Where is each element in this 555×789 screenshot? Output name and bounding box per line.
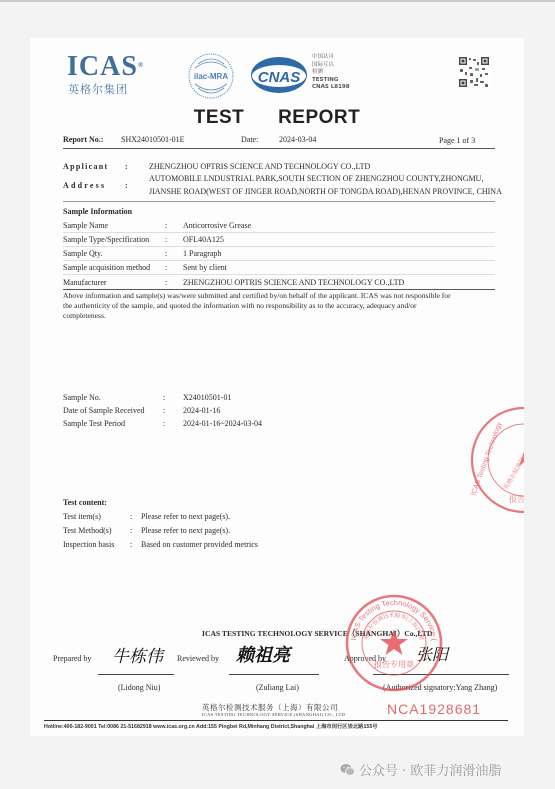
svg-text:英格尔检测技术: 英格尔检测技术	[502, 451, 524, 491]
sample-info-label: Sample Name	[63, 221, 108, 231]
colon: :	[130, 512, 132, 522]
colon: :	[163, 393, 165, 403]
signature-line	[229, 674, 319, 675]
ilac-mra-logo: ilac-MRA	[187, 52, 235, 100]
prepared-by-label: Prepared by	[53, 654, 91, 664]
colon: :	[165, 263, 167, 273]
wechat-account-label: 公众号 · 欧菲力润滑油脂	[359, 760, 501, 779]
colon: :	[130, 526, 132, 536]
icas-logo-cn: 英格尔集团	[68, 81, 128, 97]
cnas-logo: CNAS	[250, 56, 308, 94]
colon: :	[163, 419, 165, 429]
sample-info-label: Sample acquisition method	[63, 263, 150, 273]
svg-text:ilac-MRA: ilac-MRA	[194, 72, 228, 81]
svg-text:报告: 报告	[509, 494, 524, 504]
sample-info-value: OFL40A125	[183, 235, 224, 245]
cnas-accreditation-text: 中国认可 国际互认 检测 TESTING CNAS L8198	[312, 54, 350, 92]
test-period-label: Sample Test Period	[63, 419, 125, 429]
wechat-watermark: 公众号 · 欧菲力润滑油脂	[340, 760, 501, 779]
serial-number: NCA1928681	[387, 701, 481, 717]
test-items-value: Please refer to next page(s).	[141, 512, 230, 522]
colon: :	[165, 249, 167, 259]
prepared-name: (Lidong Niu)	[118, 683, 160, 693]
report-no-label: Report No.:	[63, 135, 103, 145]
inspection-basis-label: Inspection basis	[63, 540, 114, 550]
date-received-value: 2024-01-16	[183, 406, 220, 416]
svg-text:报告专用章: 报告专用章	[374, 659, 414, 669]
row-divider	[63, 274, 495, 275]
prepared-signature: 牛栋伟	[112, 642, 163, 667]
sample-info-label: Sample Qty.	[63, 249, 102, 259]
top-border	[0, 0, 555, 2]
address-line-1: AUTOMOBILE LNDUSTRIAL PARK,SOUTH SECTION…	[149, 174, 483, 184]
applicant-label: Applicant	[63, 162, 109, 172]
colon: :	[165, 221, 167, 231]
reviewed-signature: 赖祖亮	[236, 641, 290, 667]
sample-no-label: Sample No.	[63, 393, 101, 403]
wechat-icon	[340, 763, 355, 776]
sample-info-label: Manufacturer	[63, 278, 107, 288]
test-period-value: 2024-01-16~2024-03-04	[183, 419, 262, 429]
sample-info-label: Sample Type/Specification	[63, 235, 149, 245]
page-number: Page 1 of 3	[439, 136, 475, 146]
date-received-label: Date of Sample Received	[63, 406, 145, 416]
disclaimer-line: completeness.	[63, 311, 106, 321]
footer-divider	[44, 720, 508, 721]
colon: :	[130, 540, 132, 550]
sample-info-value: Sent by client	[183, 263, 227, 273]
divider	[63, 289, 495, 290]
address-line-2: JIANSHE ROAD(WEST OF JINGER ROAD,NORTH O…	[149, 187, 502, 197]
signature-line	[98, 674, 174, 675]
divider	[63, 201, 495, 202]
row-divider	[63, 232, 495, 233]
test-methods-value: Please refer to next page(s).	[141, 526, 230, 536]
divider	[63, 148, 495, 149]
address-colon: :	[125, 181, 128, 191]
test-methods-label: Test Method(s)	[63, 526, 112, 536]
sample-info-heading: Sample Information	[63, 207, 132, 217]
sample-info-value: 1 Paragraph	[183, 249, 221, 259]
date-value: 2024-03-04	[279, 135, 316, 145]
sample-no-value: X24010501-01	[183, 393, 231, 403]
test-content-heading: Test content:	[63, 498, 107, 508]
applicant-value: ZHENGZHOU OPTRIS SCIENCE AND TECHNOLOGY …	[149, 162, 370, 172]
reviewed-name: (Zuliang Lai)	[256, 683, 299, 693]
disclaimer-line: Above information and sample(s) was/were…	[63, 291, 451, 301]
qr-code[interactable]	[458, 56, 490, 88]
sample-info-value: ZHENGZHOU OPTRIS SCIENCE AND TECHNOLOGY …	[183, 278, 404, 288]
reviewed-by-label: Reviewed by	[177, 654, 219, 664]
row-divider	[63, 246, 495, 247]
official-stamp: ICAS Testing Technology Service (Shangha…	[344, 593, 444, 693]
report-page: ICAS® 英格尔集团 ilac-MRA CNAS 中国认可 国际互认 检测 T…	[30, 38, 524, 736]
colon: :	[165, 235, 167, 245]
colon: :	[165, 278, 167, 288]
sample-info-value: Anticorrosive Grease	[183, 221, 251, 231]
seam-stamp: ICAS Testing Technology 英格尔检测技术 报告	[457, 404, 524, 516]
report-title: TEST REPORT	[30, 107, 524, 129]
footer-company-en: ICAS TESTING TECHNOLOGY SERVICE (SHANGHA…	[202, 712, 345, 717]
footer-contact: Hotline:400-182-9001 Tel:0086 21-5168291…	[44, 722, 378, 730]
colon: :	[163, 406, 165, 416]
address-label: Address	[63, 181, 106, 191]
applicant-colon: :	[125, 162, 128, 172]
svg-text:CNAS: CNAS	[258, 69, 301, 86]
row-divider	[63, 260, 495, 261]
date-label: Date:	[241, 135, 258, 145]
test-items-label: Test item(s)	[63, 512, 101, 522]
disclaimer-line: the authenticity of the sample, and quot…	[63, 301, 417, 311]
inspection-basis-value: Based on customer provided metrics	[141, 540, 258, 550]
report-no-value: SHX24010501-01E	[121, 135, 185, 145]
icas-logo: ICAS®	[67, 53, 144, 81]
